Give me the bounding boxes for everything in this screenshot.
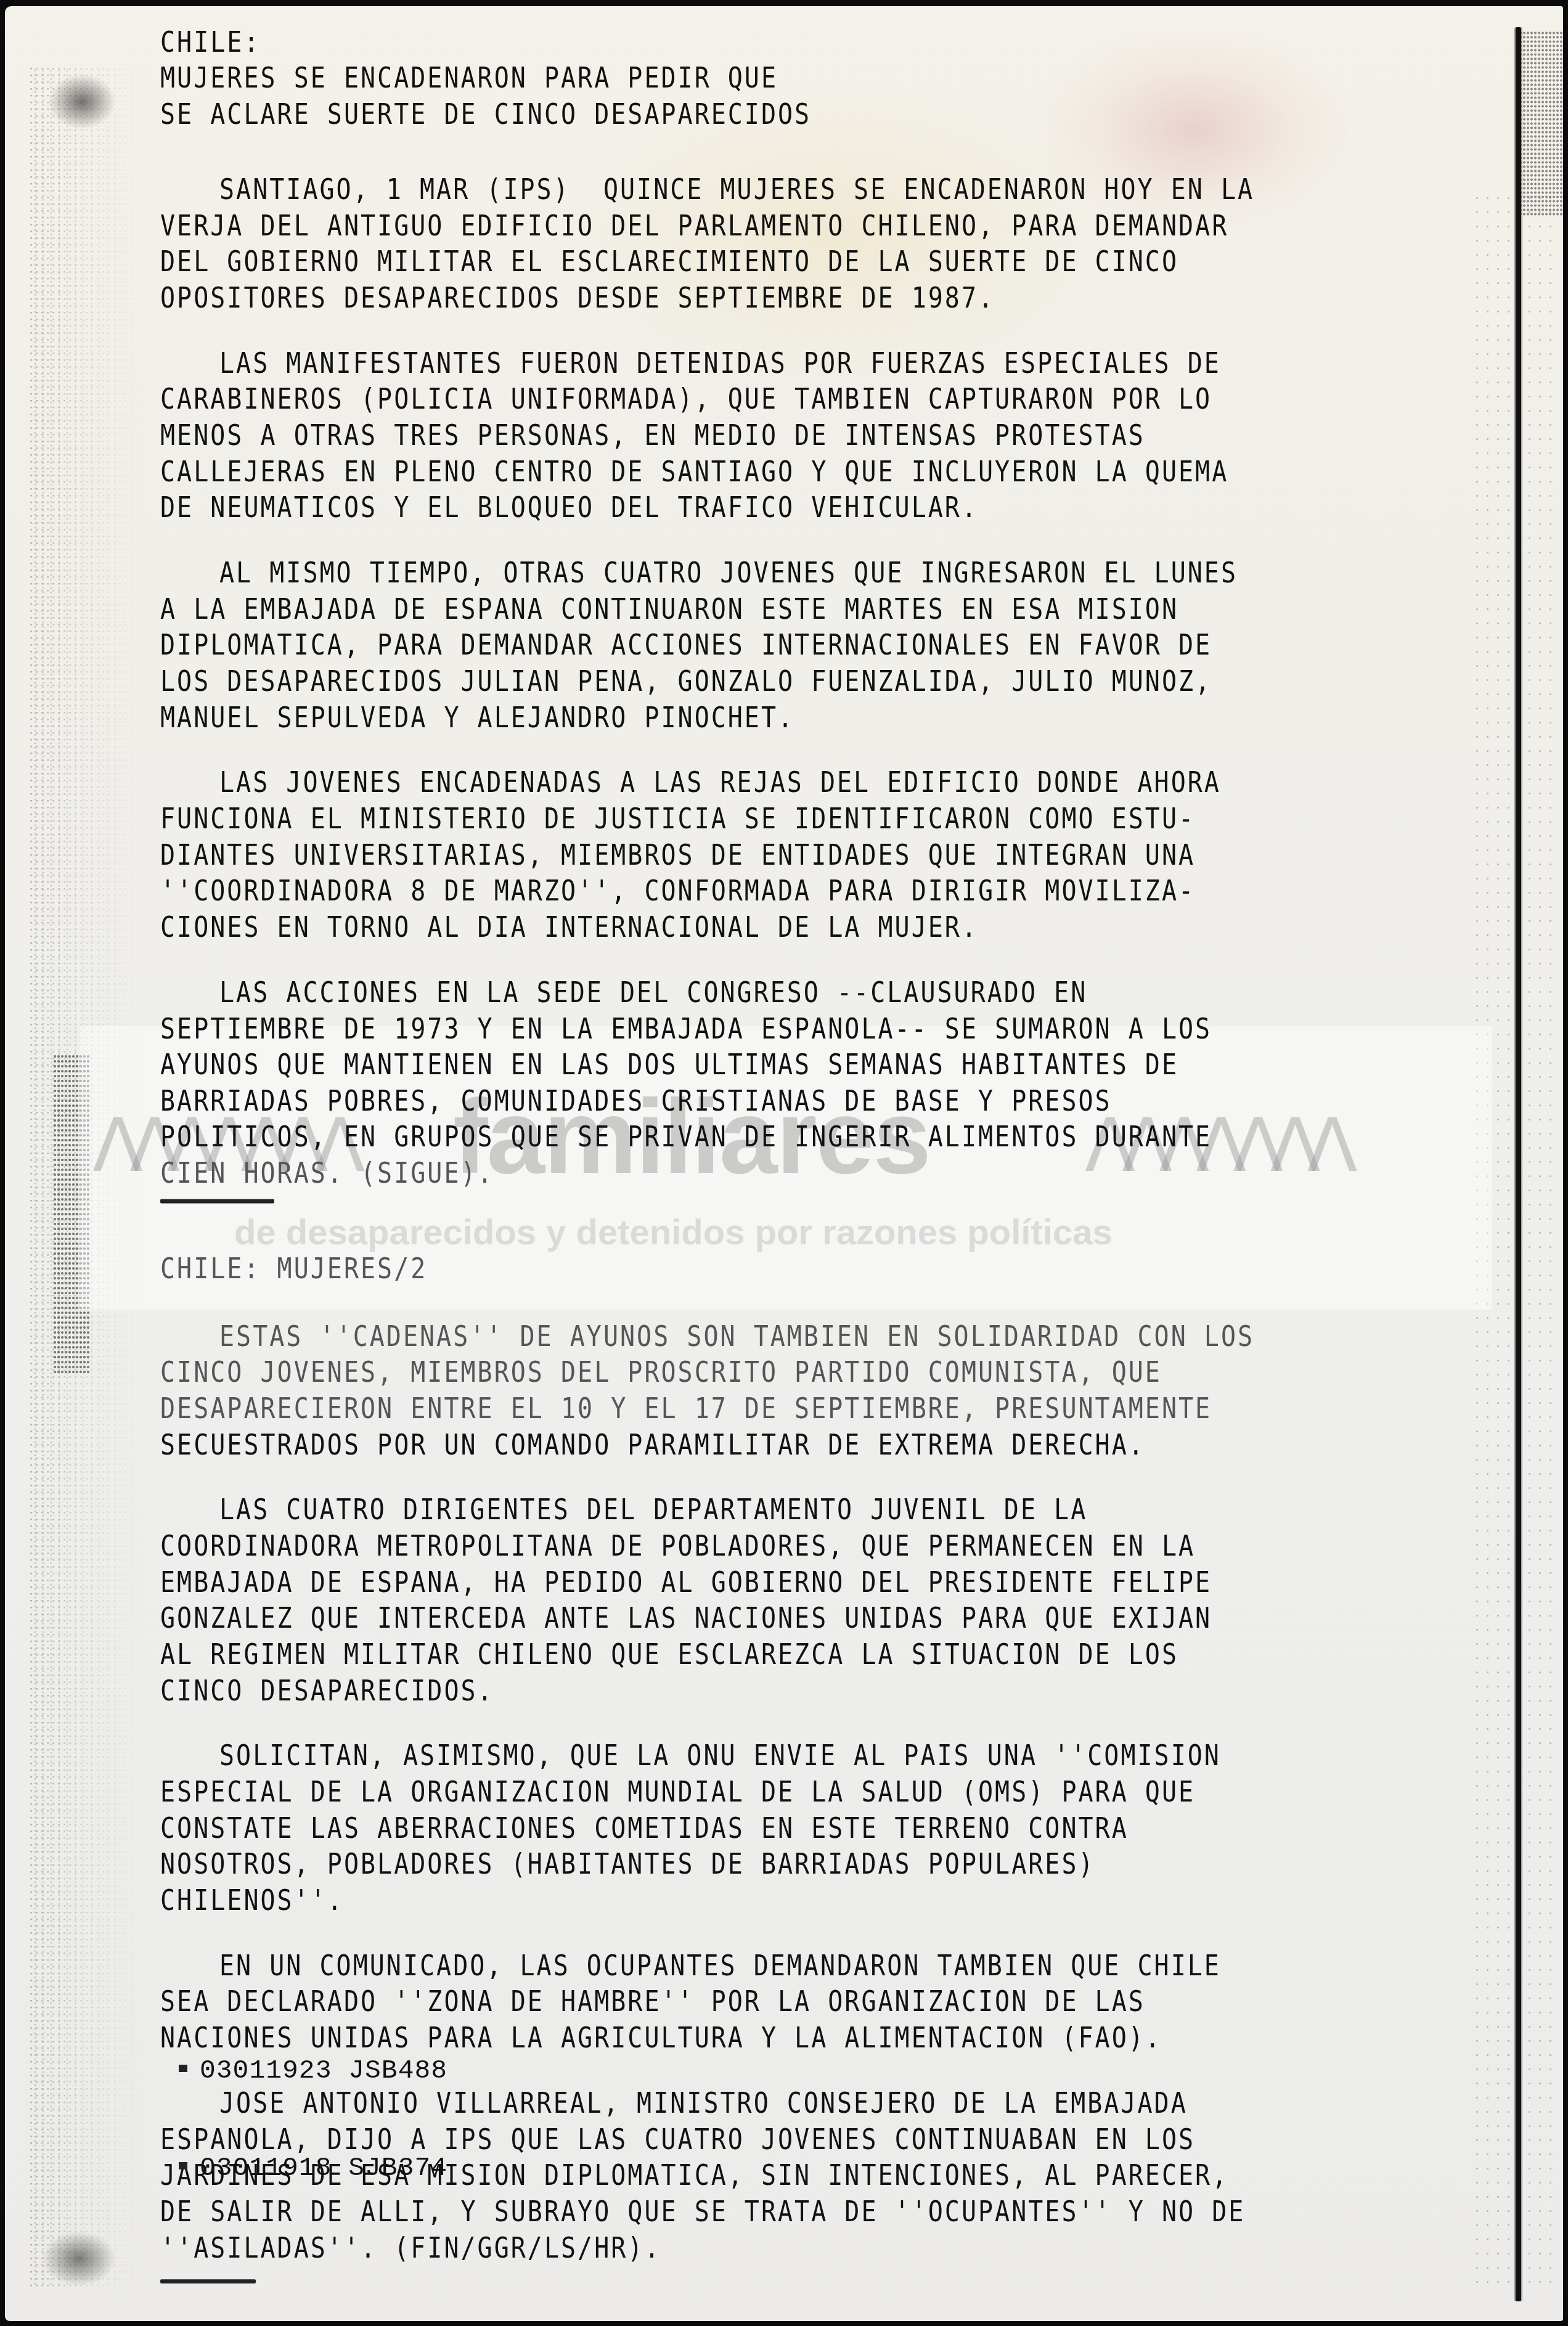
paragraph-line: DESAPARECIERON ENTRE EL 10 Y EL 17 DE SE… bbox=[160, 1391, 1492, 1427]
paragraph: ESTAS ''CADENAS'' DE AYUNOS SON TAMBIEN … bbox=[160, 1319, 1492, 1464]
paragraph-line: LAS MANIFESTANTES FUERON DETENIDAS POR F… bbox=[160, 346, 1492, 382]
paragraph-line: LAS ACCIONES EN LA SEDE DEL CONGRESO --C… bbox=[160, 975, 1492, 1011]
vertical-margin-line bbox=[1516, 27, 1521, 2301]
wire-report-text: CHILE: MUJERES SE ENCADENARON PARA PEDIR… bbox=[160, 25, 1492, 2283]
transmission-code: 03011923 JSB488 bbox=[179, 2055, 447, 2086]
paragraph-line: COORDINADORA METROPOLITANA DE POBLADORES… bbox=[160, 1528, 1492, 1565]
paragraph-line: MANUEL SEPULVEDA Y ALEJANDRO PINOCHET. bbox=[160, 700, 1492, 737]
paragraph-line: POLITICOS, EN GRUPOS QUE SE PRIVAN DE IN… bbox=[160, 1120, 1492, 1156]
paragraph-line: DIANTES UNIVERSITARIAS, MIEMBROS DE ENTI… bbox=[160, 838, 1492, 874]
paragraph: LAS JOVENES ENCADENADAS A LAS REJAS DEL … bbox=[160, 765, 1492, 946]
end-divider bbox=[160, 2279, 256, 2283]
paragraph-line: NACIONES UNIDAS PARA LA AGRICULTURA Y LA… bbox=[160, 2020, 1492, 2057]
headline-country: CHILE: bbox=[160, 25, 1492, 61]
toner-smudge bbox=[1515, 31, 1563, 216]
paragraph-line: CONSTATE LAS ABERRACIONES COMETIDAS EN E… bbox=[160, 1811, 1492, 1847]
paragraph-line: DE SALIR DE ALLI, Y SUBRAYO QUE SE TRATA… bbox=[160, 2194, 1492, 2230]
paragraph-line: OPOSITORES DESAPARECIDOS DESDE SEPTIEMBR… bbox=[160, 280, 1492, 317]
paragraph-line: SEA DECLARADO ''ZONA DE HAMBRE'' POR LA … bbox=[160, 1985, 1492, 2021]
paragraph-line: VERJA DEL ANTIGUO EDIFICIO DEL PARLAMENT… bbox=[160, 208, 1492, 245]
section-divider bbox=[160, 1199, 274, 1204]
paragraph: EN UN COMUNICADO, LAS OCUPANTES DEMANDAR… bbox=[160, 1948, 1492, 2057]
paragraph-line: BARRIADAS POBRES, COMUNIDADES CRISTIANAS… bbox=[160, 1083, 1492, 1120]
headline-line: MUJERES SE ENCADENARON PARA PEDIR QUE bbox=[160, 61, 1492, 97]
paragraph: SOLICITAN, ASIMISMO, QUE LA ONU ENVIE AL… bbox=[160, 1739, 1492, 1919]
toner-blot bbox=[42, 2231, 116, 2287]
transmission-codes: 03011923 JSB488 03011918 SJB374 bbox=[179, 2055, 447, 2184]
paragraph-line: SOLICITAN, ASIMISMO, QUE LA ONU ENVIE AL… bbox=[160, 1739, 1492, 1775]
paragraph-line: EMBAJADA DE ESPANA, HA PEDIDO AL GOBIERN… bbox=[160, 1565, 1492, 1601]
paragraph: AL MISMO TIEMPO, OTRAS CUATRO JOVENES QU… bbox=[160, 555, 1492, 736]
bullet-icon bbox=[179, 2065, 187, 2072]
paragraph-line: DEL GOBIERNO MILITAR EL ESCLARECIMIENTO … bbox=[160, 245, 1492, 281]
part-one-body: SANTIAGO, 1 MAR (IPS) QUINCE MUJERES SE … bbox=[160, 172, 1492, 1192]
paragraph-line: SEPTIEMBRE DE 1973 Y EN LA EMBAJADA ESPA… bbox=[160, 1011, 1492, 1048]
paragraph-line: CIONES EN TORNO AL DIA INTERNACIONAL DE … bbox=[160, 910, 1492, 946]
toner-blot bbox=[48, 74, 116, 129]
paragraph-line: CALLEJERAS EN PLENO CENTRO DE SANTIAGO Y… bbox=[160, 454, 1492, 491]
paragraph-line: GONZALEZ QUE INTERCEDA ANTE LAS NACIONES… bbox=[160, 1601, 1492, 1638]
paragraph-line: ''ASILADAS''. (FIN/GGR/LS/HR). bbox=[160, 2230, 1492, 2267]
transmission-code: 03011918 SJB374 bbox=[179, 2153, 447, 2184]
paragraph-line: A LA EMBAJADA DE ESPANA CONTINUARON ESTE… bbox=[160, 592, 1492, 628]
paragraph-line: LOS DESAPARECIDOS JULIAN PENA, GONZALO F… bbox=[160, 664, 1492, 700]
paragraph-line: LAS CUATRO DIRIGENTES DEL DEPARTAMENTO J… bbox=[160, 1493, 1492, 1529]
paragraph-line: ESPECIAL DE LA ORGANIZACION MUNDIAL DE L… bbox=[160, 1774, 1492, 1811]
paragraph-line: FUNCIONA EL MINISTERIO DE JUSTICIA SE ID… bbox=[160, 801, 1492, 838]
paragraph-line: EN UN COMUNICADO, LAS OCUPANTES DEMANDAR… bbox=[160, 1948, 1492, 1985]
paragraph-line: SECUESTRADOS POR UN COMANDO PARAMILITAR … bbox=[160, 1427, 1492, 1464]
paragraph-line: CINCO JOVENES, MIEMBROS DEL PROSCRITO PA… bbox=[160, 1355, 1492, 1392]
paragraph-line: CIEN HORAS. (SIGUE). bbox=[160, 1156, 1492, 1192]
paragraph: SANTIAGO, 1 MAR (IPS) QUINCE MUJERES SE … bbox=[160, 172, 1492, 317]
paragraph-line: CINCO DESAPARECIDOS. bbox=[160, 1673, 1492, 1710]
paragraph-line: AL MISMO TIEMPO, OTRAS CUATRO JOVENES QU… bbox=[160, 555, 1492, 592]
paragraph-line: LAS JOVENES ENCADENADAS A LAS REJAS DEL … bbox=[160, 765, 1492, 802]
paragraph-line: DIPLOMATICA, PARA DEMANDAR ACCIONES INTE… bbox=[160, 628, 1492, 664]
paragraph-line: CHILENOS''. bbox=[160, 1883, 1492, 1919]
continuation-slug: CHILE: MUJERES/2 bbox=[160, 1252, 1492, 1288]
paragraph-line: ESTAS ''CADENAS'' DE AYUNOS SON TAMBIEN … bbox=[160, 1319, 1492, 1355]
paragraph-line: DE NEUMATICOS Y EL BLOQUEO DEL TRAFICO V… bbox=[160, 491, 1492, 527]
paragraph-line: CARABINEROS (POLICIA UNIFORMADA), QUE TA… bbox=[160, 382, 1492, 418]
paragraph-line: ''COORDINADORA 8 DE MARZO'', CONFORMADA … bbox=[160, 874, 1492, 910]
headline-line: SE ACLARE SUERTE DE CINCO DESAPARECIDOS bbox=[160, 97, 1492, 133]
paragraph: LAS MANIFESTANTES FUERON DETENIDAS POR F… bbox=[160, 346, 1492, 526]
paragraph-line: AL REGIMEN MILITAR CHILENO QUE ESCLAREZC… bbox=[160, 1637, 1492, 1673]
paragraph-line: NOSOTROS, POBLADORES (HABITANTES DE BARR… bbox=[160, 1847, 1492, 1883]
headline: CHILE: MUJERES SE ENCADENARON PARA PEDIR… bbox=[160, 25, 1492, 133]
bullet-icon bbox=[179, 2162, 187, 2169]
paragraph-line: MENOS A OTRAS TRES PERSONAS, EN MEDIO DE… bbox=[160, 418, 1492, 454]
paragraph: LAS ACCIONES EN LA SEDE DEL CONGRESO --C… bbox=[160, 975, 1492, 1192]
paragraph-line: AYUNOS QUE MANTIENEN EN LAS DOS ULTIMAS … bbox=[160, 1047, 1492, 1083]
paragraph-line: SANTIAGO, 1 MAR (IPS) QUINCE MUJERES SE … bbox=[160, 172, 1492, 208]
paragraph: LAS CUATRO DIRIGENTES DEL DEPARTAMENTO J… bbox=[160, 1493, 1492, 1710]
